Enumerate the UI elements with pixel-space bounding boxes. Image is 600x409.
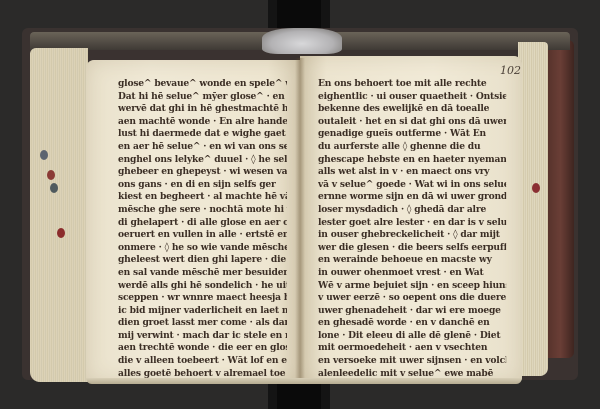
manuscript-line: lone · Dit eleeu di alle dē glenē · Diet [318,330,506,343]
manuscript-line: wervē dat ghi in hē ghestmachtē hadde [118,103,287,116]
manuscript-line: ghescape hebste en en haeter nyemant [318,154,506,167]
manuscript-line: alls wet alst in v · en maect ons vry [318,166,506,179]
manuscript-line: en sal vande mēschē mer besuiden [118,267,287,280]
manuscript-line: gheleest wert dien ghi lapere · die [118,254,287,267]
manuscript-line: lust hi daermede dat e wighe gaet [118,128,287,141]
manuscript-line: en aer hē selue^ · en wi van ons selue^ [118,141,287,154]
manuscript-line: v uwer eerzē · so oepent ons die duere [318,292,506,305]
manuscript-line: Wē v arme bejuiet sijn · en sceep hiuns [318,280,506,293]
manuscript-line: outaleit · het en si dat ghi ons dā uwer [318,116,506,129]
manuscript-line: en werainde behoeue en macste wy [318,254,506,267]
page-tab-marker [532,183,540,193]
page-tab-marker [47,170,55,180]
manuscript-line: die v alleen toebeert · Wāt lof en eer [118,355,287,368]
manuscript-line: bekenne des ewelijkē en dā toealle [318,103,506,116]
manuscript-line: alenleedelic mit v selue^ ewe mabē [318,368,506,381]
right-page-block-edges [518,42,548,376]
book-gutter [295,58,305,384]
manuscript-line: glose^ bevaue^ wonde en spele^ wonde [118,78,287,91]
manuscript-line: sceppen · wr wnnre maect heesja bi [118,292,287,305]
manuscript-line: oeruert en vullen in alle · ertstē ende [118,229,287,242]
manuscript-line: ic bid mijner vaderlicheit en laet my in [118,305,287,318]
right-page-text: En ons behoert toe mit alle rechteeighen… [318,78,514,380]
manuscript-line: loser mysdadich · ◊ ghedā dar alre [318,204,506,217]
spine-cloth-support [262,28,342,54]
manuscript-line: enghel ons lelyke^ duuel · ◊ he selue [118,154,287,167]
manuscript-line: dien groet lasst mer come · als dame [118,317,287,330]
manuscript-line: en versoeke mit uwer sijnsen · en volcht [318,355,506,368]
page-tab-marker [57,228,65,238]
manuscript-line: werdē alls ghi hē sondelich · he uit [118,280,287,293]
manuscript-line: eighentlic · ui ouser quaetheit · Ontsie… [318,91,506,104]
folio-number: 102 [500,64,521,77]
manuscript-line: onmere · ◊ he so wie vande mēschen [118,242,287,255]
manuscript-line: lester goet alre lester · en dar is v se… [318,217,506,230]
manuscript-line: alles goetē behoert v alremael toe [118,368,287,381]
left-page-block-edges [30,48,88,382]
manuscript-line: ghebeer en ghepeyst · wi wesen van [118,166,287,179]
manuscript-line: aen trechtē wonde · die eer en glose [118,342,287,355]
manuscript-line: du aurferste alle ◊ ghenne die du [318,141,506,154]
manuscript-line: aen machtē wonde · En alre hande ver [118,116,287,129]
manuscript-line: mit oermoedeheit · aen v vsechten [318,342,506,355]
manuscript-line: wer die glesen · die beers selfs eerpuff [318,242,506,255]
manuscript-line: ernne worme sijn en dā wi uwer gronde [318,191,506,204]
manuscript-line: uwer ghenadeheit · dar wi ere moege [318,305,506,318]
manuscript-line: en ghesadē worde · en v danchē en [318,317,506,330]
page-tab-marker [50,183,58,193]
manuscript-line: di ghelapert · di alle glose en aer of [118,217,287,230]
manuscript-line: mēsche ghe sere · nochtā mote hi van [118,204,287,217]
page-tab-marker [40,150,48,160]
manuscript-line: Dat hi hē selue^ mȳer glose^ · en mede [118,91,287,104]
manuscript-line: in ouwer ohenmoet vrest · en Wat [318,267,506,280]
manuscript-line: in ouser ghebreckelicheit · ◊ dar mijt [318,229,506,242]
manuscript-line: mij verwint · mach dar ic stele en mij [118,330,287,343]
left-page-text: glose^ bevaue^ wonde en spele^ wondeDat … [118,78,294,380]
manuscript-line: vā v selue^ goede · Wat wi in ons selue^ [318,179,506,192]
manuscript-line: En ons behoert toe mit alle rechte [318,78,506,91]
manuscript-line: kiest en begheert · al machte hē vāde [118,191,287,204]
manuscript-line: ons gans · en di en sijn selfs ger [118,179,287,192]
manuscript-line: genadige gueīs outferme · Wāt En [318,128,506,141]
